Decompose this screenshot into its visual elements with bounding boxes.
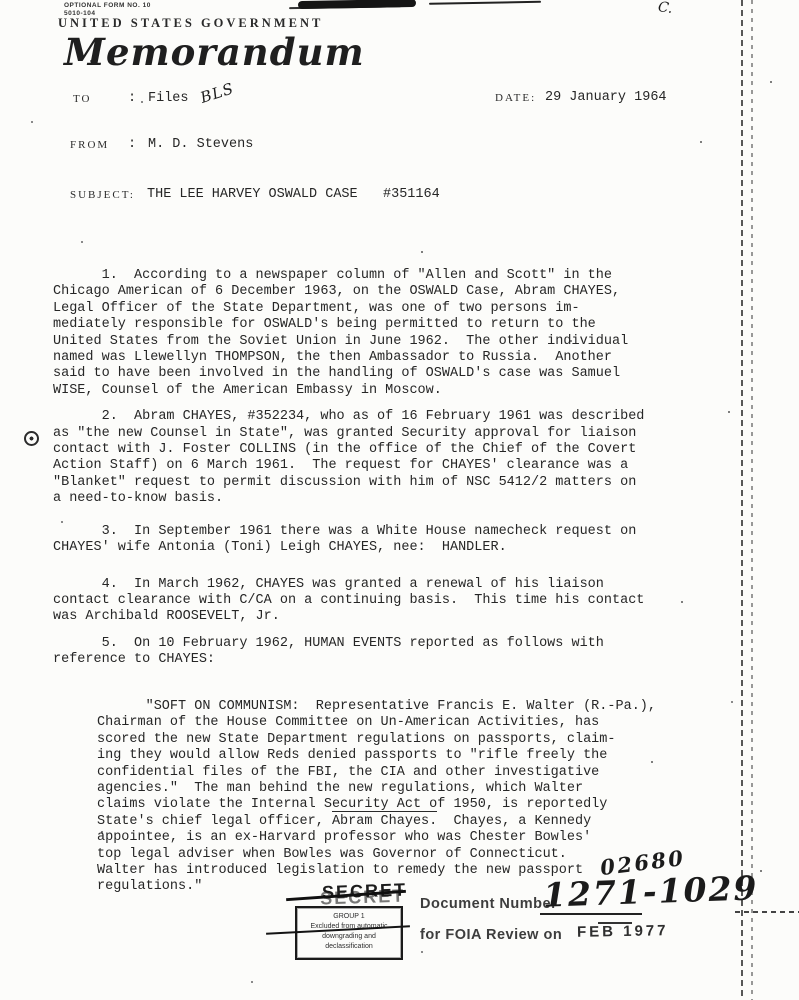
- hole-punch-mark: [24, 431, 39, 446]
- paragraph-4: 4. In March 1962, CHAYES was granted a r…: [53, 577, 713, 626]
- case-number: #351164: [383, 187, 440, 203]
- ink-smudge: [298, 0, 416, 9]
- group-box-line1: GROUP 1: [297, 912, 401, 922]
- date-value: 29 January 1964: [545, 90, 667, 106]
- handwritten-initials: BLS: [198, 79, 236, 107]
- quote-text: "SOFT ON COMMUNISM: Representative Franc…: [97, 699, 656, 894]
- paragraph-1: 1. According to a newspaper column of "A…: [53, 268, 713, 399]
- memo-page: C. OPTIONAL FORM NO. 10 5010-104 UNITED …: [0, 0, 799, 1000]
- paragraph-5: 5. On 10 February 1962, HUMAN EVENTS rep…: [53, 636, 713, 669]
- group-box-line3: downgrading and: [297, 932, 401, 942]
- to-label: TO: [73, 93, 91, 105]
- memorandum-title: Memorandum: [64, 30, 365, 74]
- paragraph-2: 2. Abram CHAYES, #352234, who as of 16 F…: [53, 409, 713, 507]
- date-label: DATE:: [495, 92, 536, 104]
- government-heading: UNITED STATES GOVERNMENT: [58, 16, 323, 31]
- underline-mark: [332, 811, 437, 812]
- scan-edge-line: [741, 0, 743, 1000]
- from-separator: :: [128, 137, 136, 153]
- document-number-value: 1271-1029: [542, 868, 759, 914]
- group1-declassification-stamp: GROUP 1 Excluded from automatic downgrad…: [295, 906, 403, 960]
- paragraph-3: 3. In September 1961 there was a White H…: [53, 524, 713, 557]
- from-label: FROM: [70, 139, 109, 151]
- subject-label: SUBJECT:: [70, 189, 135, 201]
- scan-speckles: [0, 0, 2, 2]
- registration-dash: [735, 911, 799, 913]
- handwritten-corner-mark: C.: [657, 0, 674, 17]
- foia-review-label: for FOIA Review on: [420, 927, 562, 943]
- foia-date-stamp: FEB 1977: [577, 922, 669, 941]
- to-separator: :: [128, 91, 136, 107]
- subject-value: THE LEE HARVEY OSWALD CASE: [147, 187, 358, 203]
- scan-edge-line-2: [751, 0, 753, 1000]
- from-value: M. D. Stevens: [148, 137, 253, 153]
- memo-body: 1. According to a newspaper column of "A…: [53, 268, 713, 929]
- document-number-label: Document Number: [420, 896, 557, 912]
- form-number-line1: OPTIONAL FORM NO. 10: [64, 2, 151, 10]
- group-box-line4: declassification: [297, 942, 401, 952]
- to-value: Files: [148, 91, 189, 107]
